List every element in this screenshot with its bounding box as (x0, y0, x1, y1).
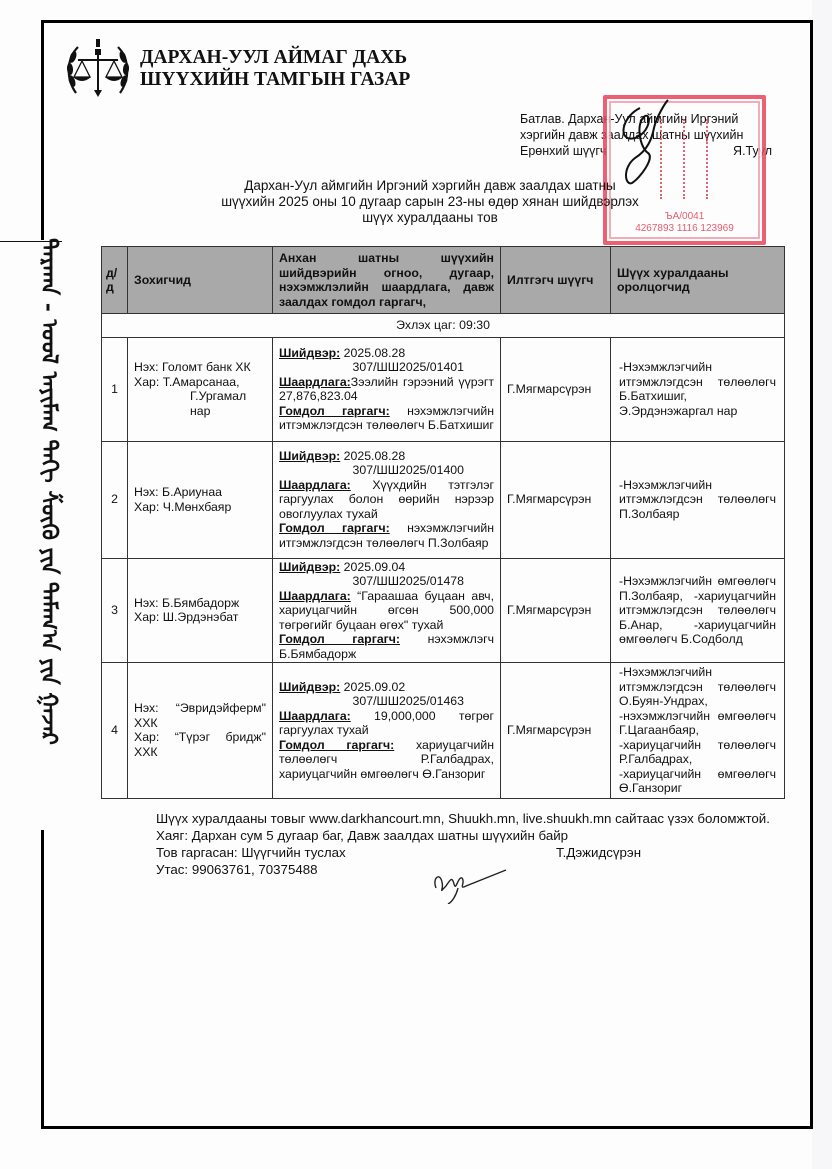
judge-cell: Г.Мягмарсүрэн (501, 663, 611, 799)
org-name-line1: ДАРХАН-УУЛ АЙМАГ ДАХЬ (140, 47, 410, 69)
parties-cell: Нэх: Б.Бямбадорж Хар: Ш.Эрдэнэбат (128, 558, 273, 663)
table-row: 3 Нэх: Б.Бямбадорж Хар: Ш.Эрдэнэбат Шийд… (102, 558, 785, 663)
defendant-continued: Г.Ургамал нар (134, 389, 266, 418)
appellant-label: Гомдол гаргагч: (279, 632, 400, 646)
address: Хаяг: Дархан сум 5 дугаар баг, Давж заал… (156, 827, 786, 844)
decision-date: 2025.09.04 (344, 560, 406, 574)
row-number: 2 (102, 441, 128, 558)
decision-number: 307/ШШ2025/01400 (279, 463, 494, 478)
judge-cell: Г.Мягмарсүрэн (501, 558, 611, 663)
claim-label: Шаардлага: (279, 478, 351, 492)
judge-cell: Г.Мягмарсүрэн (501, 441, 611, 558)
defendant: Хар: Ш.Эрдэнэбат (134, 610, 266, 625)
approver-signature-icon (610, 98, 670, 188)
decision-date: 2025.09.02 (344, 680, 406, 694)
prepared-by-label: Тов гаргасан: Шүүгчийн туслах (156, 844, 426, 861)
start-time-row: Эхлэх цаг: 09:30 (102, 314, 785, 338)
start-time: Эхлэх цаг: 09:30 (102, 314, 785, 338)
court-scales-emblem-icon (64, 35, 132, 103)
assistant-signature-icon (428, 868, 508, 904)
plaintiff: Нэх: Б.Бямбадорж (134, 596, 266, 611)
approver-title: Ерөнхий шүүгч (520, 143, 606, 159)
judge-cell: Г.Мягмарсүрэн (501, 337, 611, 441)
participants-cell: -Нэхэмжлэгчийн итгэмжлэгдсэн төлөөлөгч П… (611, 441, 785, 558)
decision-date: 2025.08.28 (344, 449, 406, 463)
decision-number: 307/ШШ2025/01463 (279, 694, 494, 709)
parties-cell: Нэх: Б.Ариунаа Хар: Ч.Мөнхбаяр (128, 441, 273, 558)
plaintiff: Нэх: Б.Ариунаа (134, 485, 266, 500)
table-row: 1 Нэх: Голомт банк ХК Хар: Т.Амарсанаа, … (102, 337, 785, 441)
organization-name: ДАРХАН-УУЛ АЙМАГ ДАХЬ ШҮҮХИЙН ТАМГЫН ГАЗ… (140, 47, 410, 91)
decision-label: Шийдвэр: (279, 680, 340, 694)
decision-label: Шийдвэр: (279, 560, 340, 574)
case-cell: Шийдвэр: 2025.09.02 307/ШШ2025/01463 Шаа… (273, 663, 501, 799)
parties-cell: Нэх: “Эвридэйферм" ХХК Хар: “Түрэг бридж… (128, 663, 273, 799)
case-cell: Шийдвэр: 2025.08.28 307/ШШ2025/01401 Шаа… (273, 337, 501, 441)
title-line3: шүүх хуралдааны тов (150, 210, 710, 226)
document-title: Дархан-Уул аймгийн Иргэний хэргийн давж … (150, 178, 710, 226)
participants-cell: -Нэхэмжлэгчийн итгэмжлэгдсэн төлөөлөгч Б… (611, 337, 785, 441)
table-header-row: д/д Зохигчид Анхан шатны шүүхийн шийдвэр… (102, 247, 785, 314)
header-judge: Илтгэгч шүүгч (501, 247, 611, 314)
schedule-website-note: Шүүх хуралдааны товыг www.darkhancourt.m… (156, 810, 786, 827)
table-row: 4 Нэх: “Эвридэйферм" ХХК Хар: “Түрэг бри… (102, 663, 785, 799)
header-parties: Зохигчид (128, 247, 273, 314)
plaintiff: Нэх: Голомт банк ХК (134, 360, 266, 375)
claim-label: Шаардлага: (279, 709, 351, 723)
decision-label: Шийдвэр: (279, 346, 340, 360)
appellant-label: Гомдол гаргагч: (279, 521, 390, 535)
decision-label: Шийдвэр: (279, 449, 340, 463)
defendant: Хар: “Түрэг бридж" ХХК (134, 730, 266, 759)
claim-label: Шаардлага: (279, 589, 351, 603)
table-row: 2 Нэх: Б.Ариунаа Хар: Ч.Мөнхбаяр Шийдвэр… (102, 441, 785, 558)
participants-cell: -Нэхэмжлэгчийн итгэмжлэгдсэн төлөөлөгч О… (611, 663, 785, 799)
participants-cell: -Нэхэмжлэгчийн өмгөөлөгч П.Золбаяр, -хар… (611, 558, 785, 663)
org-name-line2: ШҮҮХИЙН ТАМГЫН ГАЗАР (140, 69, 410, 91)
defendant: Хар: Ч.Мөнхбаяр (134, 500, 266, 515)
row-number: 1 (102, 337, 128, 441)
title-line2: шүүхийн 2025 оны 10 дугаар сарын 23-ны ө… (150, 194, 710, 210)
defendant: Хар: Т.Амарсанаа, (134, 375, 266, 390)
case-cell: Шийдвэр: 2025.08.28 307/ШШ2025/01400 Шаа… (273, 441, 501, 558)
mongolian-script-side-text: ᠳᠠᠷᠬᠠᠨ - ᠤᠤᠯ ᠠᠶᠢᠮᠠᠭ ᠳᠠᠬᠢ ᠱᠦᠬᠦ ᠶᠢᠨ ᠲᠠᠮᠠᠭ᠎… (30, 238, 64, 838)
case-cell: Шийдвэр: 2025.09.04 307/ШШ2025/01478 Шаа… (273, 558, 501, 663)
page-edge-shade (812, 0, 832, 1169)
appellant-label: Гомдол гаргагч: (279, 404, 390, 418)
row-number: 3 (102, 558, 128, 663)
header-participants: Шүүх хуралдааны оролцогчид (611, 247, 785, 314)
parties-cell: Нэх: Голомт банк ХК Хар: Т.Амарсанаа, Г.… (128, 337, 273, 441)
decision-date: 2025.08.28 (344, 346, 406, 360)
letterhead: ДАРХАН-УУЛ АЙМАГ ДАХЬ ШҮҮХИЙН ТАМГЫН ГАЗ… (64, 34, 410, 104)
decision-number: 307/ШШ2025/01478 (279, 574, 494, 589)
prepared-by-name: Т.Дэжидсүрэн (556, 844, 641, 861)
plaintiff: Нэх: “Эвридэйферм" ХХК (134, 701, 266, 730)
appellant-label: Гомдол гаргагч: (279, 738, 394, 752)
decision-number: 307/ШШ2025/01401 (279, 360, 494, 375)
header-num: д/д (102, 247, 128, 314)
row-number: 4 (102, 663, 128, 799)
title-line1: Дархан-Уул аймгийн Иргэний хэргийн давж … (150, 178, 710, 194)
claim-label: Шаардлага: (279, 375, 351, 389)
header-case: Анхан шатны шүүхийн шийдвэрийн огноо, ду… (273, 247, 501, 314)
hearing-schedule-table: д/д Зохигчид Анхан шатны шүүхийн шийдвэр… (101, 246, 785, 799)
